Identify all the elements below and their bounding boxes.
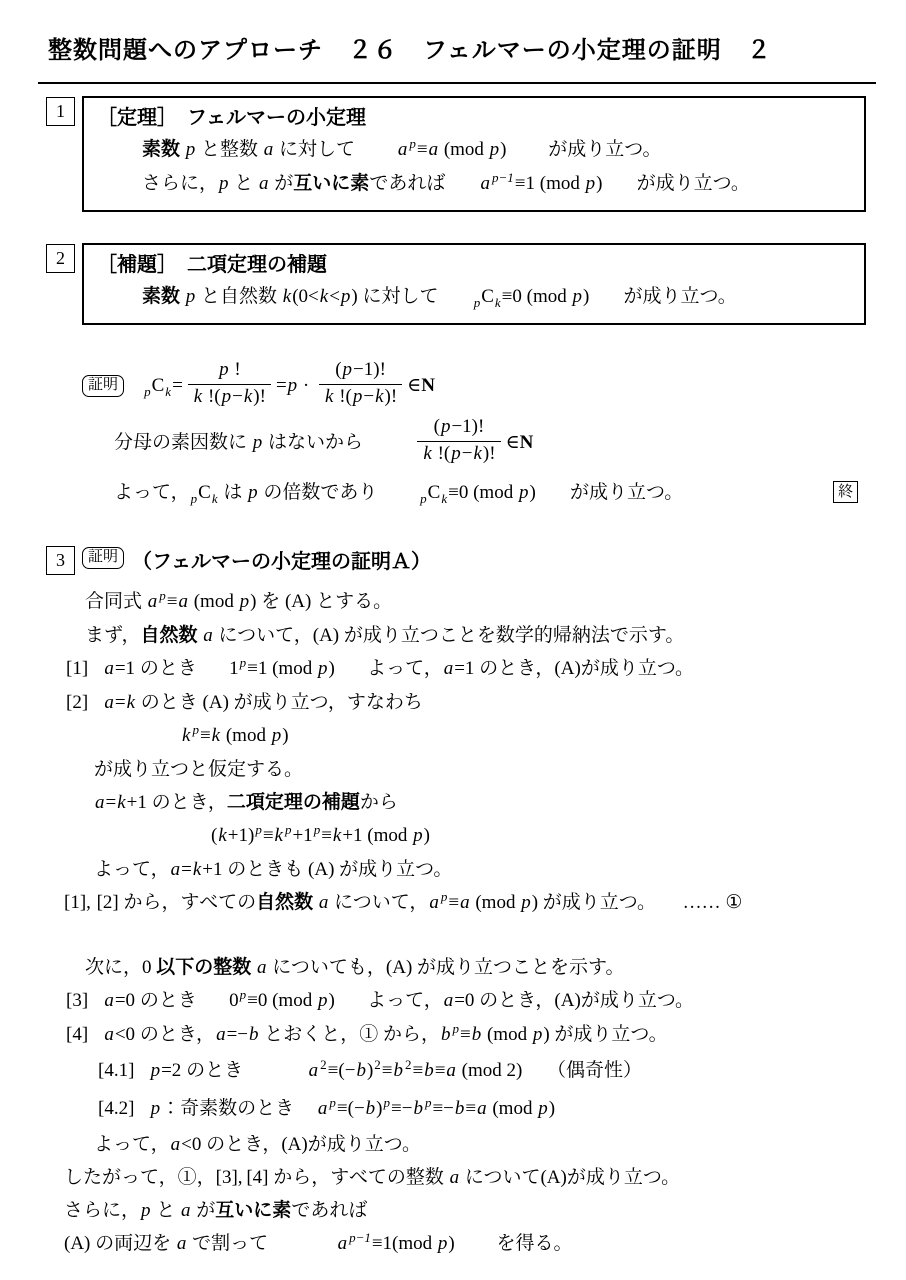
math-roman: )! (253, 386, 266, 407)
math-roman: ) (529, 482, 535, 503)
subscript: p (143, 384, 152, 399)
theorem-number-box: 1 (46, 97, 75, 126)
text-line: したがって，①，[3],[4] から，すべての整数 a について(A)が成り立つ… (46, 1161, 862, 1194)
text: 次に， (85, 957, 142, 978)
math-italic: k (319, 286, 329, 307)
text: を (256, 591, 285, 612)
math-italic: k (282, 286, 292, 307)
text: のときも (223, 859, 309, 880)
math-italic: a (308, 1060, 320, 1081)
subscript: k (494, 295, 502, 310)
math-roman: [3], (216, 1167, 243, 1188)
emphasis-text: 素数 (142, 286, 180, 307)
math-italic: p (489, 139, 501, 160)
text: とする。 (311, 591, 392, 612)
math-italic: a (177, 591, 189, 612)
math-italic: p (218, 359, 230, 380)
math-roman: − (363, 386, 374, 407)
subscript: p (473, 295, 482, 310)
math-roman: (0< (292, 286, 319, 307)
math-roman: ) (376, 1098, 382, 1119)
fraction-numerator: (p−1)! (319, 358, 402, 384)
math-italic: p (440, 416, 452, 437)
math-roman: =0 (454, 990, 474, 1011)
text: から (360, 792, 398, 813)
math-italic: a (337, 1233, 349, 1254)
math-italic: p (437, 1233, 449, 1254)
text: と整数 (196, 139, 263, 160)
math-roman: =1 (454, 658, 474, 679)
math-italic: b (248, 1024, 260, 1045)
text: が成り立つ，すなわち (229, 692, 423, 713)
fraction-numerator: (p−1)! (417, 415, 500, 441)
math-roman: (A) (554, 990, 580, 1011)
superscript: p (191, 722, 200, 737)
text-line: (A) の両辺を a で割ってap−1≡1(mod p)を得る。 (46, 1227, 862, 1261)
text: よって， (114, 482, 190, 503)
math-roman: +1 (202, 859, 222, 880)
superscript: p (440, 889, 449, 904)
math-roman: )! (385, 386, 398, 407)
math-italic: a (449, 1167, 461, 1188)
text: さらに， (142, 173, 218, 194)
math-roman: ≡ (321, 825, 332, 846)
math-italic: a (443, 990, 455, 1011)
emphasis-text: 互いに素 (293, 173, 369, 194)
fraction-denominator: k !(p−k)! (319, 384, 402, 410)
math-italic: p (271, 725, 283, 746)
text: のとき， (474, 990, 554, 1011)
math-roman: C (481, 286, 494, 307)
math-roman: ) (583, 286, 589, 307)
math-roman: (A) (554, 658, 580, 679)
math-roman: =2 (161, 1060, 181, 1081)
math-roman: (A) (313, 625, 339, 646)
superscript: p (452, 1021, 461, 1036)
text-line: [1]a=1 のとき1p≡1 (mod p)よって，a=1 のとき，(A)が成り… (46, 652, 862, 686)
math-roman: = (181, 859, 192, 880)
math-italic: b (440, 1024, 452, 1045)
math-italic: p (317, 658, 329, 679)
math-roman: ! (230, 359, 241, 380)
text: のとき (136, 692, 203, 713)
proof-label-badge: 証明 (82, 375, 124, 397)
math-italic: k (472, 443, 482, 464)
text-line: よって，a<0 のとき，(A)が成り立つ。 (46, 1128, 862, 1161)
math-roman: [3] (66, 990, 88, 1011)
text: が成り立つ。 (308, 1134, 421, 1155)
superscript: 2 (373, 1057, 382, 1072)
text-line: [2]a=k のとき (A) が成り立つ，すなわち (46, 686, 862, 719)
math-roman: = (106, 792, 117, 813)
math-italic: a (443, 658, 455, 679)
fraction-numerator: p ! (188, 358, 271, 384)
text: が成り立つ。 (637, 173, 750, 194)
text-line: よって，pCk は p の倍数でありpCk≡0 (mod p)が成り立つ。終 (82, 476, 858, 511)
superscript: p (239, 655, 248, 670)
math-italic: k (324, 386, 334, 407)
text-line: a=k+1 のとき，二項定理の補題から (46, 786, 862, 819)
text-line: 次に，0 以下の整数 a についても，(A) が成り立つことを示す。 (46, 951, 862, 984)
math-roman: ≡− (432, 1098, 453, 1119)
text-line: 分母の素因数に p はないから(p−1)!k !(p−k)!∈N (82, 418, 858, 469)
math-italic: a (317, 1098, 329, 1119)
math-roman: +1 (292, 825, 312, 846)
math-roman: ≡ (263, 825, 274, 846)
text: が成り立つ。 (581, 990, 694, 1011)
text: が成り立つ。 (334, 859, 452, 880)
title-rule (38, 82, 876, 84)
math-italic: p (572, 286, 584, 307)
fermat-proof-body: 合同式 ap≡a (mod p) を (A) とする。まず，自然数 a について… (46, 585, 866, 1261)
math-italic: p (185, 139, 197, 160)
text: が成り立つ。 (624, 286, 737, 307)
math-roman: ≡− (391, 1098, 412, 1119)
math-italic: k (116, 792, 126, 813)
theorem-frame: ［定理］ フェルマーの小定理 素数 p と整数 a に対してap≡a (mod … (82, 96, 866, 212)
math-italic: k (243, 386, 253, 407)
text: が成り立つ。 (548, 139, 661, 160)
fermat-proof-heading: （フェルマーの小定理の証明Ａ） (132, 545, 431, 574)
math-roman: ≡1 (mod (515, 173, 585, 194)
text-line: [3]a=0 のとき0p≡0 (mod p)よって，a=0 のとき，(A)が成り… (46, 984, 862, 1018)
math-italic: p (252, 432, 264, 453)
math-italic: a (103, 692, 115, 713)
text: に対して (274, 139, 355, 160)
math-italic: a (428, 139, 440, 160)
text: が成り立つ。 (567, 1167, 680, 1188)
math-italic: p (317, 990, 329, 1011)
math-roman: ) (448, 1233, 454, 1254)
text: が成り立つことを示す。 (412, 957, 624, 978)
subscript: k (211, 491, 219, 506)
math-roman: =1 (115, 658, 135, 679)
math-italic: a (180, 1200, 192, 1221)
text: のとき， (474, 658, 554, 679)
math-roman: 0 (142, 957, 152, 978)
math-italic: a (170, 859, 182, 880)
math-italic: p (450, 443, 462, 464)
math-roman: <0 (115, 1024, 135, 1045)
emphasis-text: 以下の整数 (156, 957, 251, 978)
math-roman: = (172, 375, 183, 396)
math-italic: p (342, 359, 354, 380)
fraction: (p−1)!k !(p−k)! (319, 358, 402, 409)
emphasis-text: 素数 (142, 139, 180, 160)
fraction-denominator: k !(p−k)! (417, 441, 500, 467)
math-italic: p (140, 1200, 152, 1221)
math-roman: − (232, 386, 243, 407)
math-roman: ≡ (167, 591, 178, 612)
math-italic: k (126, 692, 136, 713)
text-line: さらに，p と a が互いに素であれば (46, 1194, 862, 1227)
math-italic: a (459, 892, 471, 913)
text: のとき， (135, 1024, 215, 1045)
math-italic: p (518, 482, 530, 503)
text: のとき (181, 1060, 243, 1081)
text: のとき (135, 990, 197, 1011)
fermat-proof-number-box: 3 (46, 546, 75, 575)
superscript: 2 (319, 1057, 328, 1072)
emphasis-text: 自然数 (256, 892, 313, 913)
superscript: p (408, 136, 417, 151)
lemma-lines: 素数 p と自然数 k(0<k<p) に対してpCk≡0 (mod p)が成り立… (97, 280, 854, 314)
math-roman: ∈ (407, 375, 421, 396)
math-italic: a (263, 139, 275, 160)
math-roman: (mod 2) (457, 1060, 522, 1081)
math-italic: a (94, 792, 106, 813)
math-roman: ≡(− (337, 1098, 365, 1119)
text: と (230, 173, 259, 194)
text-line: まず，自然数 a について，(A) が成り立つことを数学的帰納法で示す。 (46, 619, 862, 652)
math-italic: a (318, 892, 330, 913)
fraction: p !k !(p−k)! (188, 358, 271, 409)
math-roman: (mod (189, 591, 239, 612)
superscript: p (239, 987, 248, 1002)
text: が成り立つ。 (581, 658, 694, 679)
math-roman: (A) (203, 692, 229, 713)
math-italic: p (532, 1024, 544, 1045)
math-roman: ) (500, 139, 506, 160)
math-italic: a (428, 892, 440, 913)
qed-badge: 終 (833, 481, 858, 504)
math-roman: ≡ (460, 1024, 471, 1045)
math-italic: a (170, 1134, 182, 1155)
emphasis-text: 二項定理の補題 (227, 792, 360, 813)
text: まず， (85, 625, 140, 646)
text: よって， (367, 990, 443, 1011)
superscript: p (328, 1095, 337, 1110)
math-roman: (A) (285, 591, 311, 612)
subscript: p (419, 491, 428, 506)
text: よって， (94, 859, 170, 880)
math-italic: a (202, 625, 214, 646)
fermat-proof-header: 3 証明 （フェルマーの小定理の証明Ａ） (46, 545, 866, 575)
math-bold-n: N (520, 432, 534, 453)
math-italic: p (247, 482, 259, 503)
math-italic: b (355, 1060, 367, 1081)
text: についても， (268, 957, 386, 978)
text-line: [4.2]p：奇素数のときap≡(−b)p≡−bp≡−b≡a (mod p) (46, 1092, 862, 1126)
text: よって， (367, 658, 443, 679)
math-italic: a (103, 1024, 115, 1045)
math-italic: b (454, 1098, 466, 1119)
math-italic: k (181, 725, 191, 746)
text: 分母の素因数に (114, 432, 252, 453)
theorem-lines: 素数 p と整数 a に対してap≡a (mod p)が成り立つ。さらに，p と… (97, 133, 854, 201)
math-roman: (A) (64, 1233, 90, 1254)
text: さらに， (64, 1200, 140, 1221)
math-roman: − (462, 443, 473, 464)
math-italic: p (221, 386, 233, 407)
text: について (460, 1167, 540, 1188)
math-roman: (mod (471, 892, 521, 913)
math-roman: 0 (229, 990, 239, 1011)
math-italic: a (397, 139, 409, 160)
math-roman: ) (596, 173, 602, 194)
fermat-proof-section: 3 証明 （フェルマーの小定理の証明Ａ） 合同式 ap≡a (mod p) を … (46, 545, 866, 1261)
math-roman: +1 (127, 792, 147, 813)
text: と自然数 (196, 286, 282, 307)
math-roman: ≡1 (mod (247, 658, 317, 679)
math-italic: p (239, 591, 251, 612)
text: が (192, 1200, 216, 1221)
math-roman: [2] (66, 692, 88, 713)
superscript: p (313, 822, 322, 837)
text-line: 合同式 ap≡a (mod p) を (A) とする。 (46, 585, 862, 619)
math-roman: +1 (mod (342, 825, 412, 846)
text: の両辺を (90, 1233, 176, 1254)
text: ：奇素数のとき (161, 1098, 294, 1119)
superscript: p−1 (491, 170, 515, 185)
math-roman: · (298, 375, 314, 396)
math-italic: p (185, 286, 197, 307)
theorem-heading: ［定理］ フェルマーの小定理 (97, 103, 854, 133)
math-italic: b (392, 1060, 404, 1081)
text: とおくと，① から， (260, 1024, 441, 1045)
math-roman: < (329, 286, 340, 307)
math-roman: [1], (64, 892, 91, 913)
math-italic: b (365, 1098, 377, 1119)
math-italic: k (192, 859, 202, 880)
lemma-number-box: 2 (46, 244, 75, 273)
math-roman: C (152, 375, 165, 396)
fraction-denominator: k !(p−k)! (188, 384, 271, 410)
text: の倍数であり (259, 482, 378, 503)
text: と (152, 1200, 181, 1221)
math-roman: C (428, 482, 441, 503)
text: は (219, 482, 248, 503)
math-bold-n: N (421, 375, 435, 396)
math-roman: −1)! (451, 416, 484, 437)
math-roman: (mod (221, 725, 271, 746)
math-italic: a (480, 173, 492, 194)
math-roman: (A) (308, 859, 334, 880)
math-roman: ≡ (382, 1060, 393, 1081)
text: のとき， (201, 1134, 281, 1155)
text: であれば (291, 1200, 367, 1221)
lemma-proof-section: 証明pCk=p !k !(p−k)!=p · (p−1)!k !(p−k)!∈N… (82, 361, 866, 511)
math-italic: k (193, 386, 203, 407)
math-italic: a (103, 990, 115, 1011)
math-roman: ) (424, 825, 430, 846)
lemma-block: 2 ［補題］ 二項定理の補題 素数 p と自然数 k(0<k<p) に対してpC… (46, 243, 866, 325)
math-roman: ≡ (200, 725, 211, 746)
math-roman: <0 (181, 1134, 201, 1155)
math-roman: (A) (281, 1134, 307, 1155)
text: が成り立つと仮定する。 (94, 759, 303, 780)
math-roman: = (276, 375, 287, 396)
math-italic: p (218, 173, 230, 194)
math-italic: a (476, 1098, 488, 1119)
text-line: が成り立つと仮定する。 (46, 753, 862, 786)
text: のとき (135, 658, 197, 679)
text-line: [1],[2] から，すべての自然数 a について，ap≡a (mod p) が… (46, 886, 862, 920)
math-roman: [4] (66, 1024, 88, 1045)
math-roman: [4.2] (98, 1098, 134, 1119)
math-roman: (mod (439, 139, 489, 160)
text-line: よって，a=k+1 のときも (A) が成り立つ。 (46, 853, 862, 886)
math-italic: k (374, 386, 384, 407)
math-italic: k (422, 443, 432, 464)
page-title: 整数問題へのアプローチ ２６ フェルマーの小定理の証明 ２ (48, 30, 866, 65)
text: を得る。 (497, 1233, 573, 1254)
math-roman: (mod (482, 1024, 532, 1045)
text: で割って (187, 1233, 268, 1254)
text: が (270, 173, 294, 194)
math-roman: 1 (229, 658, 239, 679)
proof-label-badge: 証明 (82, 547, 124, 569)
text: …… ① (683, 892, 743, 913)
superscript: p (284, 822, 293, 837)
math-roman: ) (328, 990, 334, 1011)
text: について， (329, 892, 428, 913)
math-italic: p (585, 173, 597, 194)
text: であれば (369, 173, 445, 194)
text: が成り立つ。 (538, 892, 656, 913)
math-roman: )! (483, 443, 496, 464)
lemma-frame: ［補題］ 二項定理の補題 素数 p と自然数 k(0<k<p) に対してpCk≡… (82, 243, 866, 325)
math-roman: ≡1(mod (372, 1233, 437, 1254)
math-roman: [1] (66, 658, 88, 679)
math-italic: p (287, 375, 299, 396)
math-roman: ≡ (448, 892, 459, 913)
text-line: [4]a<0 のとき，a=−b とおくと，① から，bp≡b (mod p) が… (46, 1018, 862, 1052)
math-roman: !( (433, 443, 450, 464)
math-roman: ≡ (435, 1060, 446, 1081)
superscript: p (424, 1095, 433, 1110)
math-italic: a (445, 1060, 457, 1081)
fraction: (p−1)!k !(p−k)! (417, 415, 500, 466)
text: が成り立つ。 (570, 482, 683, 503)
math-roman: ≡0 (mod (502, 286, 572, 307)
text-line: 素数 p と整数 a に対してap≡a (mod p)が成り立つ。 (97, 133, 854, 167)
math-roman: −1)! (353, 359, 386, 380)
math-roman: C (198, 482, 211, 503)
math-roman: [4.1] (98, 1060, 134, 1081)
lemma-heading: ［補題］ 二項定理の補題 (97, 250, 854, 280)
math-roman: ≡ (417, 139, 428, 160)
math-italic: a (258, 173, 270, 194)
math-italic: p (340, 286, 352, 307)
math-italic: p (150, 1098, 162, 1119)
subscript: k (164, 384, 172, 399)
text: について， (214, 625, 313, 646)
math-roman: (A) (540, 1167, 566, 1188)
text: が成り立つ。 (550, 1024, 668, 1045)
math-italic: k (274, 825, 284, 846)
math-roman: ) (282, 725, 288, 746)
math-roman: ≡0 (mod (448, 482, 518, 503)
superscript: p (383, 1095, 392, 1110)
math-roman: [4] (246, 1167, 268, 1188)
math-italic: k (211, 725, 221, 746)
text-line: [4.1]p=2 のときa2≡(−b)2≡b2≡b≡a (mod 2)（偶奇性） (46, 1054, 862, 1088)
math-roman: [2] (97, 892, 119, 913)
math-roman: +1) (228, 825, 255, 846)
math-roman: ≡ (412, 1060, 423, 1081)
math-roman: (A) (386, 957, 412, 978)
math-italic: a (176, 1233, 188, 1254)
math-italic: p (412, 825, 424, 846)
theorem-block: 1 ［定理］ フェルマーの小定理 素数 p と整数 a に対してap≡a (mo… (46, 96, 866, 212)
math-italic: k (332, 825, 342, 846)
math-italic: a (256, 957, 268, 978)
math-italic: a (103, 658, 115, 679)
text: に対して (358, 286, 439, 307)
superscript: p (158, 588, 167, 603)
math-roman: !( (203, 386, 220, 407)
